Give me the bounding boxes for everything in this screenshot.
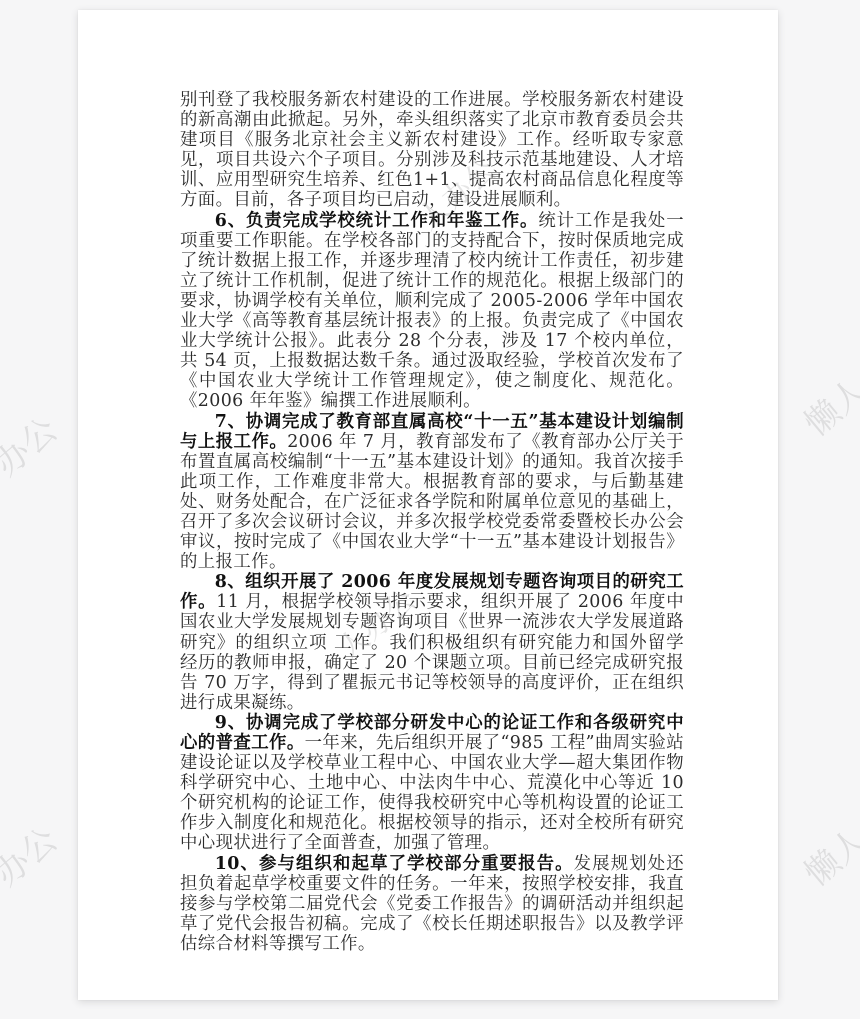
watermark-right-upper: 懒人 — [792, 364, 860, 445]
paragraph-heading: 10、参与组织和起草了学校部分重要报告。 — [215, 854, 574, 874]
document-body: 别刊登了我校服务新农村建设的工作进展。学校服务新农村建设的新高潮由此掀起。另外，… — [180, 90, 684, 954]
paragraph-body: 2006 年 7 月，教育部发布了《教育部办公厅关于布置直属高校编制“十一五”基… — [180, 432, 684, 573]
paragraph-item-8: 8、组织开展了 2006 年度发展规划专题咨询项目的研究工作。11 月，根据学校… — [180, 572, 684, 713]
paragraph-body: 别刊登了我校服务新农村建设的工作进展。学校服务新农村建设的新高潮由此掀起。另外，… — [180, 90, 684, 210]
paragraph-heading: 6、负责完成学校统计工作和年鉴工作。 — [215, 211, 539, 231]
paragraph-continuation: 别刊登了我校服务新农村建设的工作进展。学校服务新农村建设的新高潮由此掀起。另外，… — [180, 90, 684, 211]
paragraph-body: 统计工作是我处一项重要工作职能。在学校各部门的支持配合下，按时保质地完成了统计数… — [180, 211, 684, 412]
paragraph-body: 11 月，根据学校领导指示要求，组织开展了 2006 年度中国农业大学发展规划专… — [180, 592, 684, 712]
paragraph-item-7: 7、协调完成了教育部直属高校“十一五”基本建设计划编制与上报工作。2006 年 … — [180, 412, 684, 573]
watermark-left-lower: 办公 — [0, 814, 66, 895]
paragraph-item-10: 10、参与组织和起草了学校部分重要报告。发展规划处还担负着起草学校重要文件的任务… — [180, 854, 684, 954]
document-page: 别刊登了我校服务新农村建设的工作进展。学校服务新农村建设的新高潮由此掀起。另外，… — [78, 10, 778, 1000]
paragraph-item-9: 9、协调完成了学校部分研发中心的论证工作和各级研究中心的普查工作。一年来，先后组… — [180, 713, 684, 854]
watermark-left-upper: 办公 — [0, 404, 66, 485]
watermark-right-lower: 懒人 — [792, 814, 860, 895]
paragraph-item-6: 6、负责完成学校统计工作和年鉴工作。统计工作是我处一项重要工作职能。在学校各部门… — [180, 211, 684, 412]
